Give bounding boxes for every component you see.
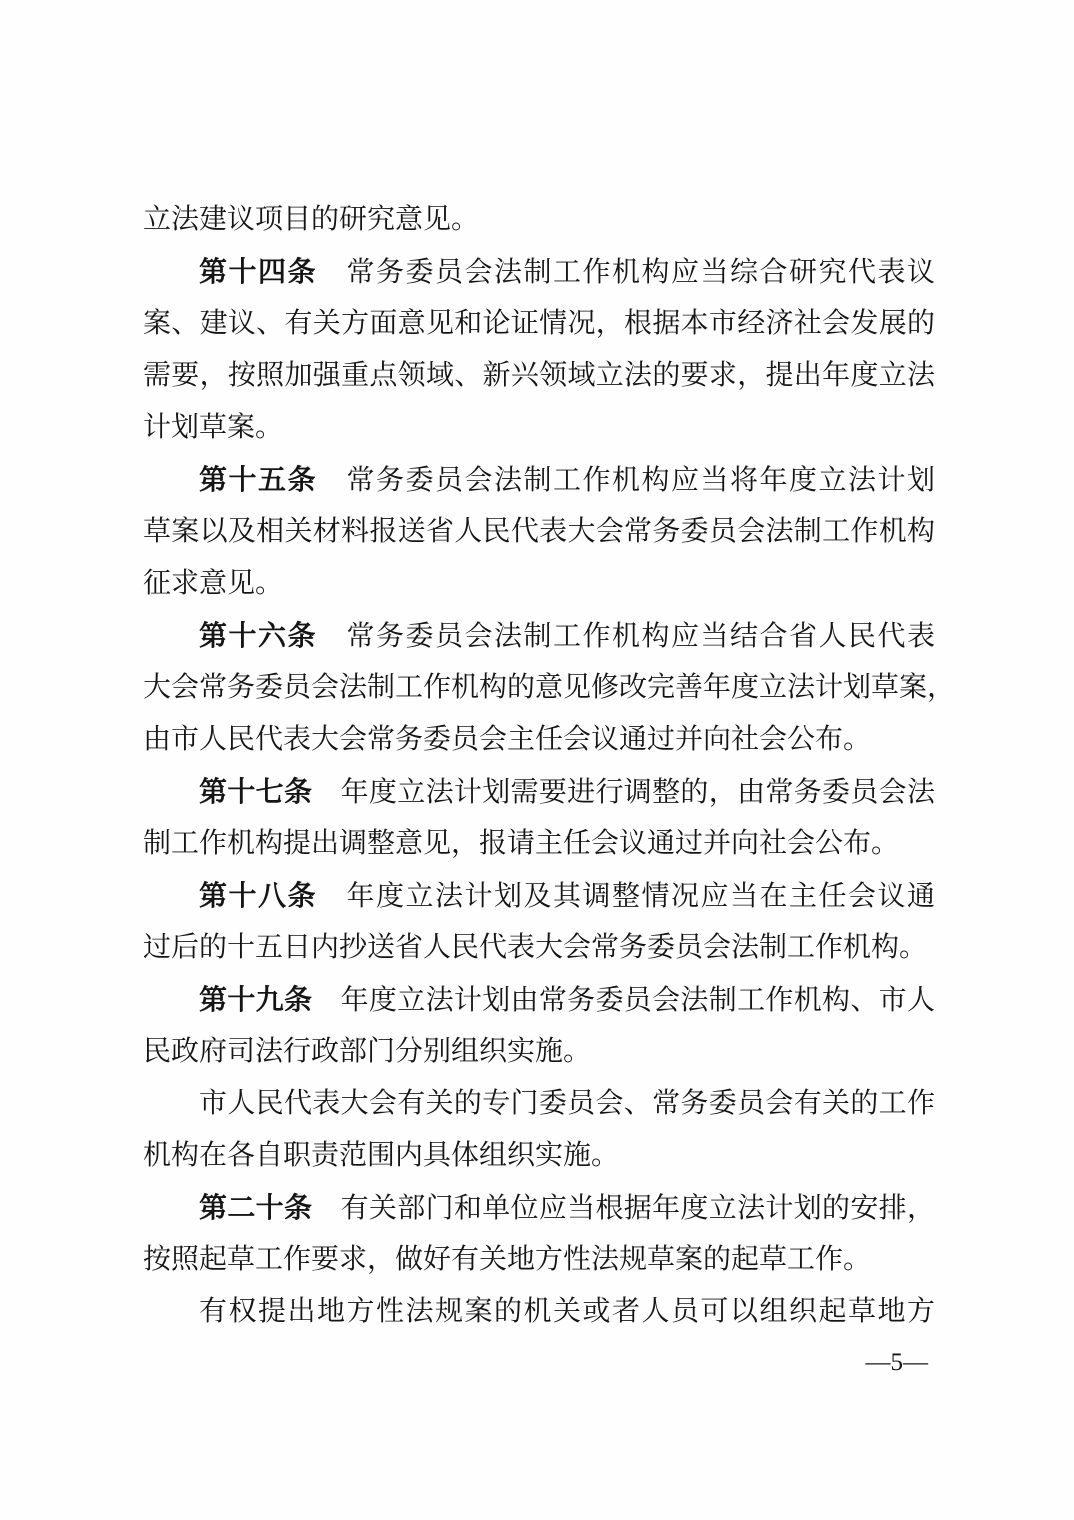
text-line: 由市人民代表大会常务委员会主任会议通过并向社会公布。 — [143, 714, 935, 766]
text-line: 第十七条 年度立法计划需要进行调整的，由常务委员会法 — [143, 766, 935, 818]
line-text: 年度立法计划需要进行调整的，由常务委员会法 — [341, 777, 935, 808]
article-number: 第十八条 — [199, 880, 347, 911]
line-text: 立法建议项目的研究意见。 — [143, 204, 479, 235]
article-number: 第二十条 — [199, 1192, 341, 1223]
text-line: 第十八条 年度立法计划及其调整情况应当在主任会议通 — [143, 870, 935, 922]
line-text: 过后的十五日内抄送省人民代表大会常务委员会法制工作机构。 — [143, 932, 927, 963]
line-text: 需要，按照加强重点领域、新兴领域立法的要求，提出年度立法 — [143, 360, 935, 391]
text-line: 需要，按照加强重点领域、新兴领域立法的要求，提出年度立法 — [143, 350, 935, 402]
line-text: 常务委员会法制工作机构应当综合研究代表议 — [347, 257, 935, 288]
line-text: 大会常务委员会法制工作机构的意见修改完善年度立法计划草案， — [143, 672, 955, 703]
line-text: 年度立法计划及其调整情况应当在主任会议通 — [347, 881, 935, 912]
line-text: 征求意见。 — [143, 568, 283, 599]
text-line: 第十五条 常务委员会法制工作机构应当将年度立法计划 — [143, 454, 935, 506]
text-line: 计划草案。 — [143, 402, 935, 454]
line-text: 按照起草工作要求，做好有关地方性法规草案的起草工作。 — [143, 1244, 871, 1275]
text-line: 立法建议项目的研究意见。 — [143, 194, 935, 246]
text-line: 制工作机构提出调整意见，报请主任会议通过并向社会公布。 — [143, 818, 935, 870]
text-line: 机构在各自职责范围内具体组织实施。 — [143, 1130, 935, 1182]
page-number: —5— — [866, 1346, 929, 1380]
text-line: 第二十条 有关部门和单位应当根据年度立法计划的安排， — [143, 1182, 935, 1234]
line-text: 常务委员会法制工作机构应当将年度立法计划 — [347, 465, 935, 496]
article-number: 第十六条 — [199, 620, 347, 651]
line-text: 草案以及相关材料报送省人民代表大会常务委员会法制工作机构 — [143, 516, 935, 547]
line-text: 有权提出地方性法规案的机关或者人员可以组织起草地方 — [199, 1296, 935, 1327]
document-page: 立法建议项目的研究意见。第十四条 常务委员会法制工作机构应当综合研究代表议案、建… — [0, 0, 1074, 1520]
text-line: 第十六条 常务委员会法制工作机构应当结合省人民代表 — [143, 610, 935, 662]
line-text: 由市人民代表大会常务委员会主任会议通过并向社会公布。 — [143, 724, 871, 755]
text-line: 大会常务委员会法制工作机构的意见修改完善年度立法计划草案， — [143, 662, 935, 714]
text-line: 第十九条 年度立法计划由常务委员会法制工作机构、市人 — [143, 974, 935, 1026]
line-text: 年度立法计划由常务委员会法制工作机构、市人 — [341, 985, 935, 1016]
line-text: 计划草案。 — [143, 412, 283, 443]
text-line: 草案以及相关材料报送省人民代表大会常务委员会法制工作机构 — [143, 506, 935, 558]
text-line: 有权提出地方性法规案的机关或者人员可以组织起草地方 — [143, 1286, 935, 1338]
article-number: 第十九条 — [199, 984, 341, 1015]
line-text: 民政府司法行政部门分别组织实施。 — [143, 1036, 591, 1067]
line-text: 机构在各自职责范围内具体组织实施。 — [143, 1140, 619, 1171]
line-text: 案、建议、有关方面意见和论证情况，根据本市经济社会发展的 — [143, 308, 935, 339]
text-line: 按照起草工作要求，做好有关地方性法规草案的起草工作。 — [143, 1234, 935, 1286]
line-text: 制工作机构提出调整意见，报请主任会议通过并向社会公布。 — [143, 828, 899, 859]
article-number: 第十四条 — [199, 256, 347, 287]
line-text: 常务委员会法制工作机构应当结合省人民代表 — [347, 621, 935, 652]
text-line: 第十四条 常务委员会法制工作机构应当综合研究代表议 — [143, 246, 935, 298]
text-line: 案、建议、有关方面意见和论证情况，根据本市经济社会发展的 — [143, 298, 935, 350]
text-line: 市人民代表大会有关的专门委员会、常务委员会有关的工作 — [143, 1078, 935, 1130]
article-number: 第十五条 — [199, 464, 347, 495]
text-line: 过后的十五日内抄送省人民代表大会常务委员会法制工作机构。 — [143, 922, 935, 974]
text-line: 征求意见。 — [143, 558, 935, 610]
line-text: 有关部门和单位应当根据年度立法计划的安排， — [341, 1193, 935, 1224]
line-text: 市人民代表大会有关的专门委员会、常务委员会有关的工作 — [199, 1088, 935, 1119]
article-number: 第十七条 — [199, 776, 341, 807]
text-line: 民政府司法行政部门分别组织实施。 — [143, 1026, 935, 1078]
document-body: 立法建议项目的研究意见。第十四条 常务委员会法制工作机构应当综合研究代表议案、建… — [143, 194, 935, 1338]
